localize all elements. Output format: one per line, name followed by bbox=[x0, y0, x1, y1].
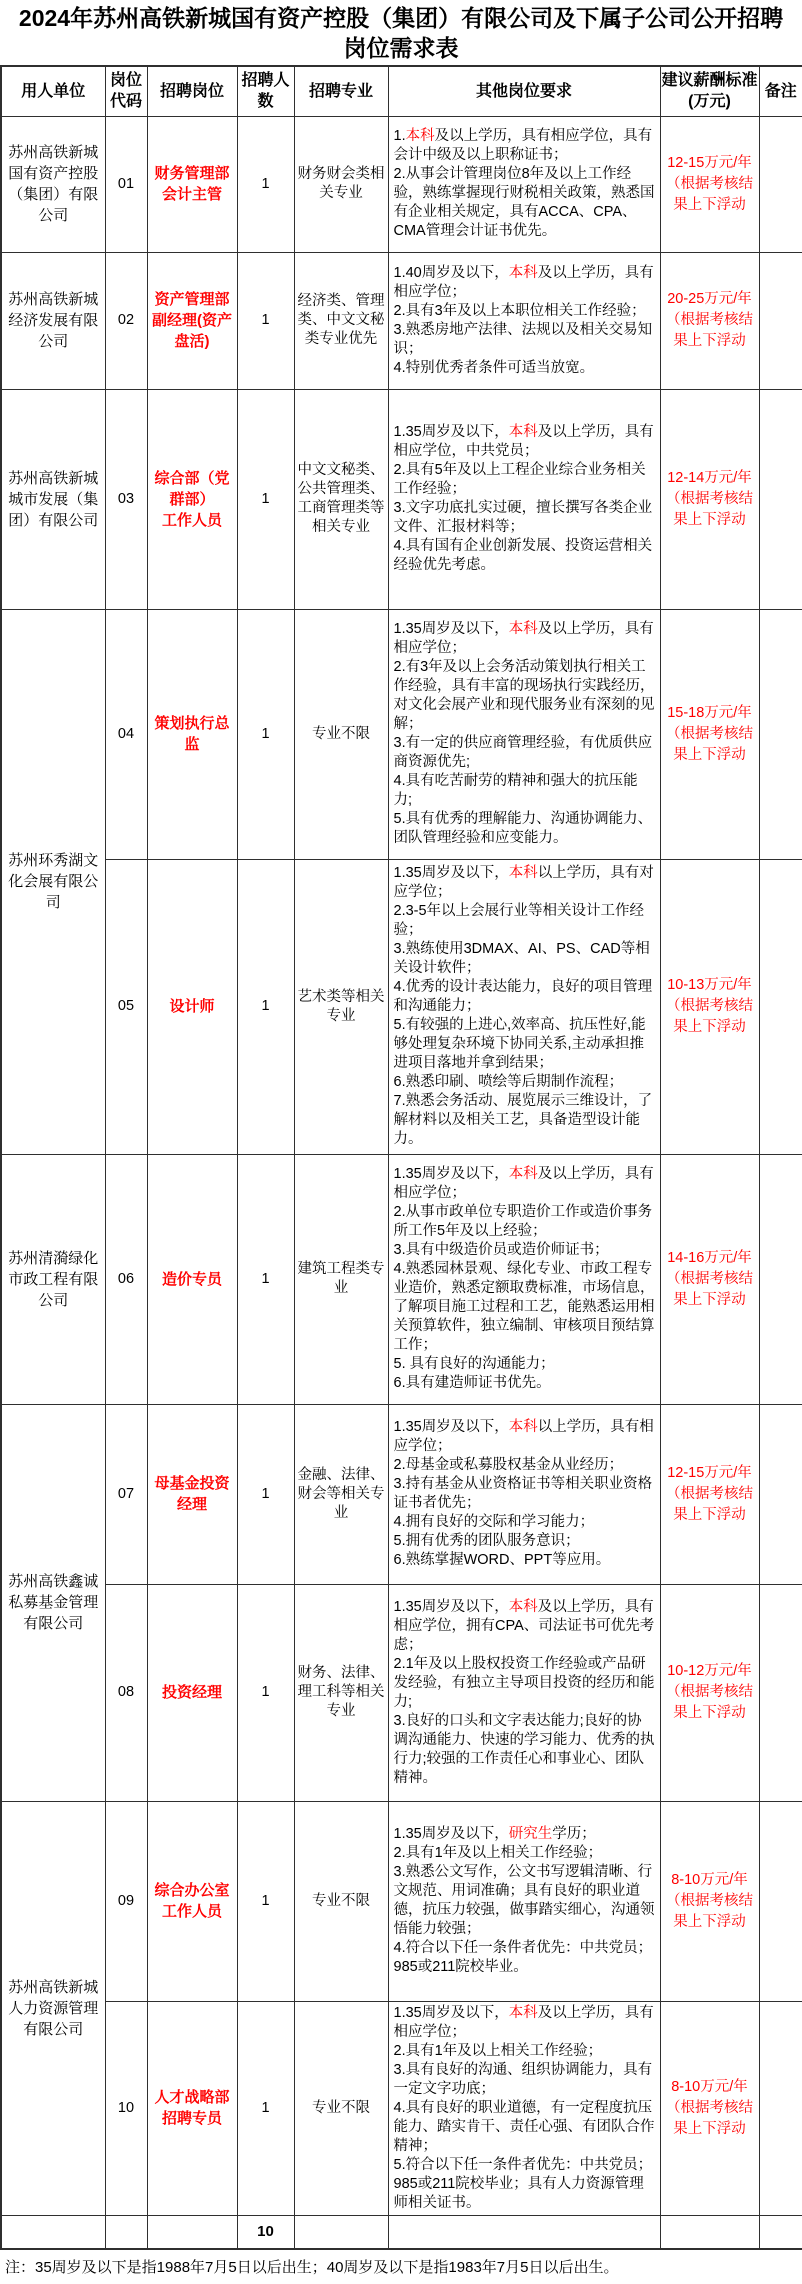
cell-major: 财务、法律、理工科等相关专业 bbox=[294, 1584, 388, 1801]
cell-code: 01 bbox=[105, 116, 147, 252]
cell-employer: 苏州高铁新城人力资源管理有限公司 bbox=[1, 1801, 105, 2215]
cell-salary: 8-10万元/年（根据考核结果上下浮动 bbox=[660, 2001, 759, 2215]
cell-headcount: 1 bbox=[237, 116, 294, 252]
cell-salary: 12-15万元/年（根据考核结果上下浮动 bbox=[660, 1404, 759, 1584]
cell-major: 专业不限 bbox=[294, 1801, 388, 2001]
recruitment-table: 用人单位 岗位代码 招聘岗位 招聘人数 招聘专业 其他岗位要求 建议薪酬标准(万… bbox=[0, 65, 802, 2250]
cell-salary: 12-14万元/年（根据考核结果上下浮动 bbox=[660, 389, 759, 609]
cell-major: 建筑工程类专业 bbox=[294, 1154, 388, 1404]
cell-salary: 8-10万元/年（根据考核结果上下浮动 bbox=[660, 1801, 759, 2001]
col-header-major: 招聘专业 bbox=[294, 66, 388, 116]
cell-remark bbox=[759, 1801, 802, 2001]
cell-employer: 苏州高铁新城城市发展（集团）有限公司 bbox=[1, 389, 105, 609]
cell-remark bbox=[759, 389, 802, 609]
page-title: 2024年苏州高铁新城国有资产控股（集团）有限公司及下属子公司公开招聘岗位需求表 bbox=[0, 0, 802, 65]
cell-requirements: 1.35周岁及以下，研究生学历； 2.具有1年及以上相关工作经验； 3.熟悉公文… bbox=[388, 1801, 660, 2001]
cell-employer: 苏州环秀湖文化会展有限公司 bbox=[1, 609, 105, 1154]
cell-requirements: 1.35周岁及以下，本科及以上学历，具有相应学位； 2.具有1年及以上相关工作经… bbox=[388, 2001, 660, 2215]
cell-salary: 10-12万元/年（根据考核结果上下浮动 bbox=[660, 1584, 759, 1801]
total-cell-code bbox=[105, 2215, 147, 2249]
cell-headcount: 1 bbox=[237, 2001, 294, 2215]
cell-major: 专业不限 bbox=[294, 2001, 388, 2215]
cell-requirements: 1.35周岁及以下，本科及以上学历，具有相应学位，中共党员； 2.具有5年及以上… bbox=[388, 389, 660, 609]
cell-code: 05 bbox=[105, 859, 147, 1154]
cell-requirements: 1.35周岁及以下，本科及以上学历，具有相应学位，拥有CPA、司法证书可优先考虑… bbox=[388, 1584, 660, 1801]
table-row: 苏州高铁鑫诚私募基金管理有限公司 07 母基金投资经理 1 金融、法律、财会等相… bbox=[1, 1404, 802, 1584]
cell-major: 专业不限 bbox=[294, 609, 388, 859]
cell-salary: 10-13万元/年（根据考核结果上下浮动 bbox=[660, 859, 759, 1154]
cell-position: 财务管理部会计主管 bbox=[147, 116, 237, 252]
cell-employer: 苏州高铁新城国有资产控股（集团）有限公司 bbox=[1, 116, 105, 252]
cell-headcount: 1 bbox=[237, 609, 294, 859]
cell-major: 财务财会类相关专业 bbox=[294, 116, 388, 252]
cell-requirements: 1.本科及以上学历，具有相应学位，具有会计中级及以上职称证书； 2.从事会计管理… bbox=[388, 116, 660, 252]
cell-code: 03 bbox=[105, 389, 147, 609]
cell-major: 经济类、管理类、中文文秘类专业优先 bbox=[294, 252, 388, 389]
cell-headcount: 1 bbox=[237, 1404, 294, 1584]
cell-requirements: 1.35周岁及以下，本科及以上学历，具有相应学位； 2.有3年及以上会务活动策划… bbox=[388, 609, 660, 859]
table-row: 苏州环秀湖文化会展有限公司 04 策划执行总监 1 专业不限 1.35周岁及以下… bbox=[1, 609, 802, 859]
total-row: 10 bbox=[1, 2215, 802, 2249]
cell-requirements: 1.35周岁及以下，本科及以上学历，具有相应学位； 2.从事市政单位专职造价工作… bbox=[388, 1154, 660, 1404]
cell-remark bbox=[759, 859, 802, 1154]
cell-major: 艺术类等相关专业 bbox=[294, 859, 388, 1154]
table-row: 苏州高铁新城经济发展有限公司 02 资产管理部副经理(资产盘活) 1 经济类、管… bbox=[1, 252, 802, 389]
table-row: 苏州高铁新城人力资源管理有限公司 09 综合办公室工作人员 1 专业不限 1.3… bbox=[1, 1801, 802, 2001]
table-row: 05 设计师 1 艺术类等相关专业 1.35周岁及以下，本科以上学历，具有对应学… bbox=[1, 859, 802, 1154]
total-cell-salary bbox=[660, 2215, 759, 2249]
cell-code: 09 bbox=[105, 1801, 147, 2001]
cell-code: 08 bbox=[105, 1584, 147, 1801]
cell-headcount: 1 bbox=[237, 1584, 294, 1801]
table-row: 苏州高铁新城城市发展（集团）有限公司 03 综合部（党群部） 工作人员 1 中文… bbox=[1, 389, 802, 609]
cell-major: 中文文秘类、公共管理类、工商管理类等相关专业 bbox=[294, 389, 388, 609]
cell-remark bbox=[759, 1584, 802, 1801]
cell-employer: 苏州清漪绿化市政工程有限公司 bbox=[1, 1154, 105, 1404]
cell-code: 06 bbox=[105, 1154, 147, 1404]
cell-salary: 15-18万元/年（根据考核结果上下浮动 bbox=[660, 609, 759, 859]
cell-remark bbox=[759, 116, 802, 252]
col-header-salary: 建议薪酬标准(万元) bbox=[660, 66, 759, 116]
col-header-headcount: 招聘人数 bbox=[237, 66, 294, 116]
cell-employer: 苏州高铁鑫诚私募基金管理有限公司 bbox=[1, 1404, 105, 1801]
total-headcount: 10 bbox=[237, 2215, 294, 2249]
total-cell-requirements bbox=[388, 2215, 660, 2249]
cell-remark bbox=[759, 2001, 802, 2215]
cell-headcount: 1 bbox=[237, 252, 294, 389]
cell-employer: 苏州高铁新城经济发展有限公司 bbox=[1, 252, 105, 389]
cell-headcount: 1 bbox=[237, 859, 294, 1154]
total-cell-major bbox=[294, 2215, 388, 2249]
cell-headcount: 1 bbox=[237, 1154, 294, 1404]
cell-headcount: 1 bbox=[237, 1801, 294, 2001]
cell-position: 资产管理部副经理(资产盘活) bbox=[147, 252, 237, 389]
cell-code: 07 bbox=[105, 1404, 147, 1584]
cell-remark bbox=[759, 252, 802, 389]
cell-position: 造价专员 bbox=[147, 1154, 237, 1404]
cell-position: 综合办公室工作人员 bbox=[147, 1801, 237, 2001]
cell-salary: 12-15万元/年（根据考核结果上下浮动 bbox=[660, 116, 759, 252]
cell-salary: 14-16万元/年（根据考核结果上下浮动 bbox=[660, 1154, 759, 1404]
cell-code: 02 bbox=[105, 252, 147, 389]
cell-position: 母基金投资经理 bbox=[147, 1404, 237, 1584]
total-cell-remark bbox=[759, 2215, 802, 2249]
table-row: 10 人才战略部招聘专员 1 专业不限 1.35周岁及以下，本科及以上学历，具有… bbox=[1, 2001, 802, 2215]
cell-remark bbox=[759, 1154, 802, 1404]
cell-remark bbox=[759, 1404, 802, 1584]
table-row: 苏州高铁新城国有资产控股（集团）有限公司 01 财务管理部会计主管 1 财务财会… bbox=[1, 116, 802, 252]
cell-position: 策划执行总监 bbox=[147, 609, 237, 859]
cell-headcount: 1 bbox=[237, 389, 294, 609]
cell-position: 设计师 bbox=[147, 859, 237, 1154]
header-row: 用人单位 岗位代码 招聘岗位 招聘人数 招聘专业 其他岗位要求 建议薪酬标准(万… bbox=[1, 66, 802, 116]
cell-salary: 20-25万元/年（根据考核结果上下浮动 bbox=[660, 252, 759, 389]
cell-code: 10 bbox=[105, 2001, 147, 2215]
cell-requirements: 1.40周岁及以下，本科及以上学历，具有相应学位； 2.具有3年及以上本职位相关… bbox=[388, 252, 660, 389]
total-cell-position bbox=[147, 2215, 237, 2249]
cell-position: 综合部（党群部） 工作人员 bbox=[147, 389, 237, 609]
col-header-position: 招聘岗位 bbox=[147, 66, 237, 116]
cell-requirements: 1.35周岁及以下，本科以上学历，具有相应学位； 2.母基金或私募股权基金从业经… bbox=[388, 1404, 660, 1584]
table-row: 08 投资经理 1 财务、法律、理工科等相关专业 1.35周岁及以下，本科及以上… bbox=[1, 1584, 802, 1801]
cell-remark bbox=[759, 609, 802, 859]
total-cell-employer bbox=[1, 2215, 105, 2249]
cell-requirements: 1.35周岁及以下，本科以上学历，具有对应学位； 2.3-5年以上会展行业等相关… bbox=[388, 859, 660, 1154]
table-row: 苏州清漪绿化市政工程有限公司 06 造价专员 1 建筑工程类专业 1.35周岁及… bbox=[1, 1154, 802, 1404]
col-header-remark: 备注 bbox=[759, 66, 802, 116]
col-header-requirements: 其他岗位要求 bbox=[388, 66, 660, 116]
cell-position: 人才战略部招聘专员 bbox=[147, 2001, 237, 2215]
cell-major: 金融、法律、财会等相关专业 bbox=[294, 1404, 388, 1584]
cell-code: 04 bbox=[105, 609, 147, 859]
cell-position: 投资经理 bbox=[147, 1584, 237, 1801]
col-header-code: 岗位代码 bbox=[105, 66, 147, 116]
col-header-employer: 用人单位 bbox=[1, 66, 105, 116]
